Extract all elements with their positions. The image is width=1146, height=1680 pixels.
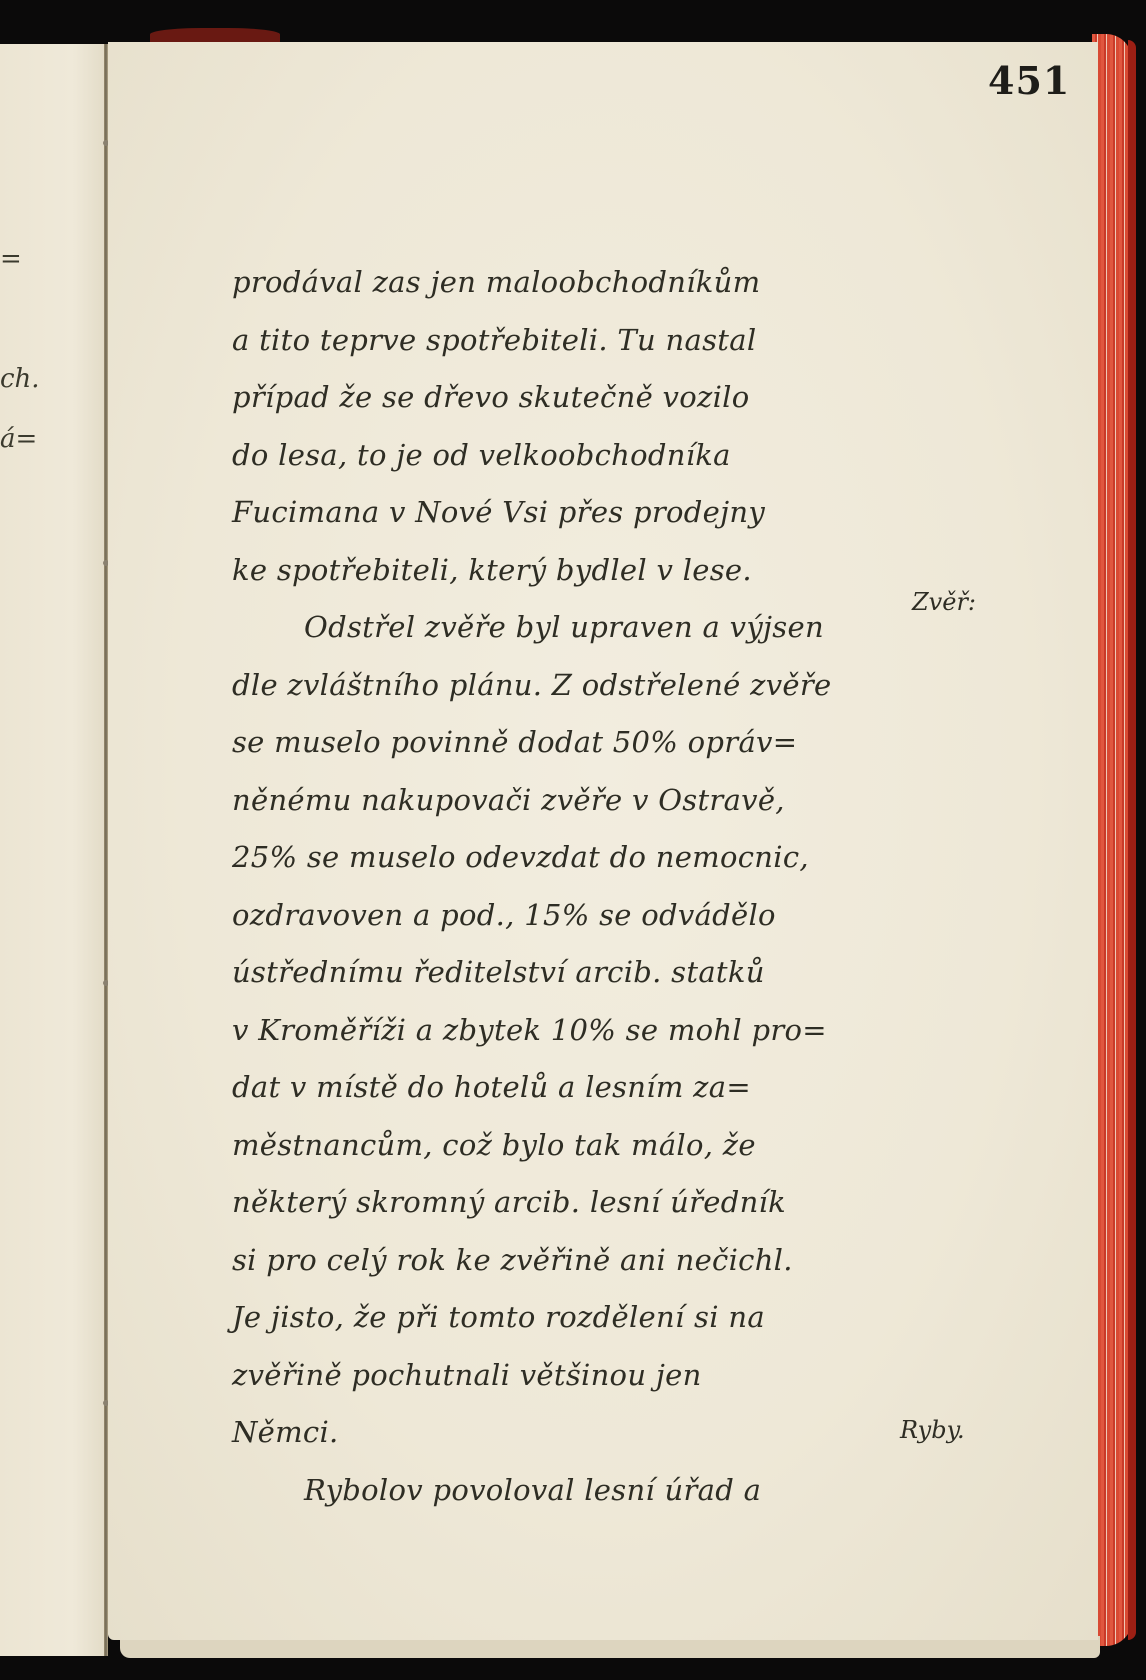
text-line: případ že se dřevo skutečně vozilo: [232, 369, 892, 427]
text-line: Odstřel zvěře byl upraven a výjsen: [232, 599, 892, 657]
text-line: dat v místě do hotelů a lesním za=: [232, 1059, 892, 1117]
text-line: ozdravoven a pod., 15% se odvádělo: [232, 887, 892, 945]
text-line: Je jisto, že při tomto rozdělení si na: [232, 1289, 892, 1347]
page-number: 451: [988, 58, 1070, 103]
text-line: ke spotřebiteli, který bydlel v lese.: [232, 542, 892, 600]
text-line: ústřednímu ředitelství arcib. statků: [232, 944, 892, 1002]
margin-note-fish: Ryby.: [900, 1416, 965, 1444]
text-line: některý skromný arcib. lesní úředník: [232, 1174, 892, 1232]
page-edges: [1092, 34, 1132, 1646]
text-line: Němci.: [232, 1404, 892, 1462]
text-line: městnancům, což bylo tak málo, že: [232, 1117, 892, 1175]
margin-note-game: Zvěř:: [912, 588, 976, 616]
text-line: 25% se muselo odevzdat do nemocnic,: [232, 829, 892, 887]
text-line: zvěřině pochutnali většinou jen: [232, 1347, 892, 1405]
book-cover-edge: [1128, 40, 1136, 1640]
text-line: se muselo povinně dodat 50% opráv=: [232, 714, 892, 772]
text-line: v Kroměříži a zbytek 10% se mohl pro=: [232, 1002, 892, 1060]
text-line: a tito teprve spotřebiteli. Tu nastal: [232, 312, 892, 370]
left-page-fragment: á=: [0, 424, 37, 454]
left-page-fragment: =: [0, 244, 22, 274]
text-line: Fucimana v Nové Vsi přes prodejny: [232, 484, 892, 542]
text-line: do lesa, to je od velkoobchodníka: [232, 427, 892, 485]
left-page-fragment: ch.: [0, 364, 40, 394]
text-line: dle zvláštního plánu. Z odstřelené zvěře: [232, 657, 892, 715]
left-page: = ch. á=: [0, 44, 104, 1656]
text-line: Rybolov povoloval lesní úřad a: [232, 1462, 892, 1520]
text-line: prodával zas jen maloobchodníkům: [232, 254, 892, 312]
handwritten-body: prodával zas jen maloobchodníkům a tito …: [232, 254, 892, 1519]
text-line: si pro celý rok ke zvěřině ani nečichl.: [232, 1232, 892, 1290]
text-line: něnému nakupovači zvěře v Ostravě,: [232, 772, 892, 830]
